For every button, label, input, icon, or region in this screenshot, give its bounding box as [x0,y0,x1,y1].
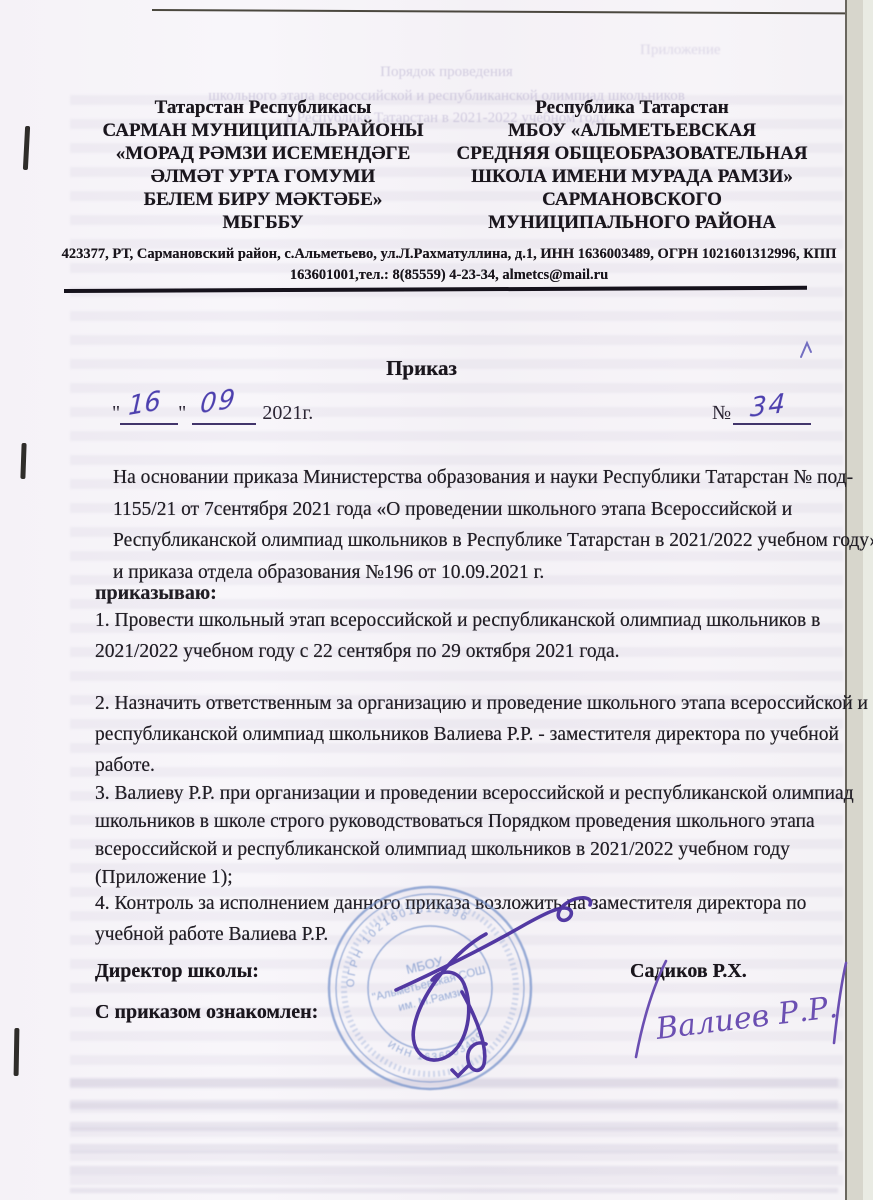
pen-tick-mark [799,339,815,361]
bleedthrough-fragment: Приложение [640,42,721,59]
handwritten-day: 16 [128,386,162,422]
binding-mark [20,443,26,479]
address-line-2: 163601001,тел.: 8(85559) 4-23-34, almetc… [60,267,838,284]
director-signature [366,872,636,1087]
text-line: школьников в школе строго руководствоват… [95,808,854,836]
letterhead-line: БЕЛЕМ БИРУ МӘКТӘБЕ» [96,188,430,211]
quote-mark: " [112,402,120,424]
bleedthrough-texture-bottom [70,1078,838,1193]
handwritten-number: 34 [749,389,787,424]
letterhead-line: Татарстан Республикасы [96,96,430,119]
letterhead-line: САРМАН МУНИЦИПАЛЬРАЙОНЫ [96,119,430,142]
text-line: 1. Провести школьный этап всероссийской … [95,605,820,636]
acknowledged-label: С приказом ознакомлен: [95,1001,318,1024]
text-line: всероссийской и республиканской олимпиад… [95,836,854,864]
text-line: На основании приказа Министерства образо… [113,462,873,494]
date-year: 2021г. [262,402,313,424]
binding-mark [14,1028,20,1076]
letterhead-line: СРЕДНЯЯ ОБЩЕОБРАЗОВАТЕЛЬНАЯ [446,142,818,165]
text-line: республиканской олимпиад школьников Вали… [95,719,868,750]
decree-word: приказываю: [95,582,217,605]
binding-mark [23,126,30,170]
letterhead-russian: Республика Татарстан МБОУ «АЛЬМЕТЬЕВСКАЯ… [446,96,818,234]
order-basis-paragraph: На основании приказа Министерства образо… [113,462,873,588]
scanned-order-page: Приложение Порядок проведения школьного … [0,0,873,1200]
text-line: Республиканской олимпиад школьников в Ре… [113,525,873,557]
text-line: 2021/2022 учебном году с 22 сентября по … [95,636,820,667]
letterhead-line: ӘЛМӘТ УРТА ГОМУМИ [96,165,430,188]
acknowledged-signature: Валиев Р.Р. [608,953,853,1078]
text-line: 3. Валиеву Р.Р. при организации и провед… [95,780,854,808]
order-item-1: 1. Провести школьный этап всероссийской … [95,605,820,667]
bleedthrough-fragment: Порядок проведения [60,64,833,81]
text-line: 1155/21 от 7сентября 2021 года «О провед… [113,494,873,526]
text-line: и приказа отдела образования №196 от 10.… [113,557,873,589]
order-item-2: 2. Назначить ответственным за организаци… [95,688,868,781]
letterhead-line: ШКОЛА ИМЕНИ МУРАДА РАМЗИ» [446,165,818,188]
text-line: 2. Назначить ответственным за организаци… [95,688,868,719]
handwritten-month: 09 [199,384,238,421]
letterhead-line: «МОРАД РӘМЗИ ИСЕМЕНДӘГЕ [96,142,430,165]
letterhead-line: МУНИЦИПАЛЬНОГО РАЙОНА [446,211,818,234]
acknowledged-signature-name: Валиев Р.Р. [653,990,839,1047]
order-title: Приказ [0,356,843,381]
letterhead-tatar: Татарстан Республикасы САРМАН МУНИЦИПАЛЬ… [96,96,430,234]
letterhead-line: Республика Татарстан [446,96,818,119]
number-label: № [712,402,731,424]
letterhead-line: МБОУ «АЛЬМЕТЬЕВСКАЯ [446,119,818,142]
text-line: работе. [95,750,868,781]
paper-top-edge [152,9,873,15]
director-label: Директор школы: [95,960,259,983]
letterhead-divider [64,286,807,293]
letterhead-line: МБГББУ [96,211,430,234]
address-line-1: 423377, РТ, Сармановский район, с.Альмет… [60,246,838,263]
letterhead-line: САРМАНОВСКОГО [446,188,818,211]
quote-mark: " [178,402,186,424]
